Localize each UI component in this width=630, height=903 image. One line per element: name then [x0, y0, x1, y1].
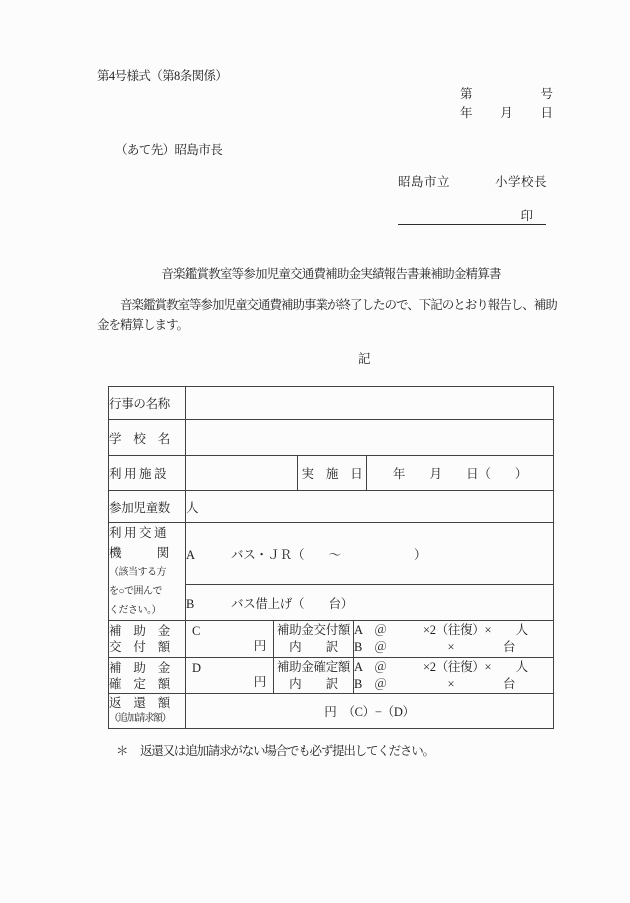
fixed-code: D: [192, 661, 201, 676]
fixed-breakdown-line2: 内 訳: [274, 676, 353, 693]
participants-count-cell: 人: [186, 491, 554, 523]
date-line: 年 月 日: [460, 103, 553, 121]
transport-note-line2: を○で囲んで: [109, 582, 185, 601]
school-signature-line: 昭島市立 小学校長: [398, 172, 547, 190]
grant-code: C: [192, 624, 200, 639]
school-name-label: 学 校 名: [109, 420, 186, 456]
refund-label-line2: （追加請求額）: [109, 711, 185, 727]
transport-label-ki: 機: [109, 543, 121, 563]
grant-detail-line-a: A ＠ ×2（往復）× 人: [354, 622, 553, 639]
footnote: ＊返還又は追加請求がない場合でも必ず提出してください。: [116, 741, 434, 759]
grant-breakdown-label: 補助金交付額 内 訳: [274, 621, 354, 658]
grant-amount-label-line2: 交 付 額: [109, 639, 185, 655]
grant-amount-label-line1: 補 助 金: [109, 623, 185, 639]
row-participants: 参加児童数 人: [109, 491, 554, 523]
refund-value-cell: 円 （C）−（D）: [186, 694, 554, 729]
participants-label: 参加児童数: [109, 491, 186, 523]
school-head-title: 小学校長: [495, 172, 547, 190]
school-name-input-cell: [186, 420, 554, 456]
transport-option-b-cell: Bバス借上げ（ 台）: [186, 585, 554, 621]
row-grant-amount: 補 助 金 交 付 額 C 円 補助金交付額 内 訳 A ＠ ×2（往復）× 人…: [109, 621, 554, 658]
facility-label: 利 用 施 設: [109, 456, 186, 491]
transport-label-cell: 利 用 交 通 機 関 （該当する方 を○で囲んで ください。）: [109, 523, 186, 621]
transport-option-a-cell: Aバス・ＪＲ（ ～ ）: [186, 523, 554, 585]
option-b-text: バス借上げ（ 台）: [231, 597, 353, 611]
row-facility: 利 用 施 設 実 施 日 年 月 日（ ）: [109, 456, 554, 491]
row-event-name: 行事の名称: [109, 387, 554, 420]
grant-unit: 円: [254, 636, 266, 654]
date-year-label: 年: [460, 103, 473, 121]
body-paragraph-line2: 金を精算します。: [97, 315, 577, 335]
refund-label-line1: 返 還 額: [109, 695, 185, 711]
signature-underline: 印: [398, 206, 546, 225]
option-b-marker: B: [186, 597, 231, 612]
row-transport-option-a: 利 用 交 通 機 関 （該当する方 を○で囲んで ください。） Aバス・ＪＲ（…: [109, 523, 554, 585]
option-a-marker: A: [186, 548, 231, 563]
report-table: 行事の名称 学 校 名 利 用 施 設 実 施 日 年 月 日（ ） 参加児童数…: [108, 386, 554, 729]
document-title: 音楽鑑賞教室等参加児童交通費補助金実績報告書兼補助金精算書: [16, 264, 630, 282]
grant-breakdown-line2: 内 訳: [274, 639, 353, 656]
event-name-input-cell: [186, 387, 554, 420]
grant-breakdown-line1: 補助金交付額: [274, 622, 353, 639]
body-paragraph-line1: 音楽鑑賞教室等参加児童交通費補助事業が終了したので、下記のとおり報告し、補助: [97, 295, 577, 315]
row-school-name: 学 校 名: [109, 420, 554, 456]
form-number: 第4号様式（第8条関係）: [97, 66, 227, 84]
fixed-breakdown-line1: 補助金確定額: [274, 659, 353, 676]
addressee: （あて先）昭島市長: [115, 140, 222, 158]
document-page: 第4号様式（第8条関係） 第 号 年 月 日 （あて先）昭島市長 昭島市立 小学…: [0, 0, 630, 903]
fixed-amount-cell: D 円: [186, 658, 274, 694]
footnote-text: 返還又は追加請求がない場合でも必ず提出してください。: [140, 744, 434, 758]
grant-detail-cell: A ＠ ×2（往復）× 人 B ＠ × 台: [354, 621, 554, 658]
document-number-line: 第 号: [460, 84, 553, 102]
transport-label-line2: 機 関: [109, 543, 169, 563]
event-name-label: 行事の名称: [109, 387, 186, 420]
grant-amount-label: 補 助 金 交 付 額: [109, 621, 186, 658]
seal-mark: 印: [520, 209, 546, 223]
footnote-marker: ＊: [116, 741, 140, 759]
grant-amount-cell: C 円: [186, 621, 274, 658]
doc-number-suffix: 号: [540, 84, 553, 102]
ki-heading: 記: [358, 349, 371, 367]
grant-detail-line-b: B ＠ × 台: [354, 639, 553, 656]
fixed-detail-cell: A ＠ ×2（往復）× 人 B ＠ × 台: [354, 658, 554, 694]
option-a-text: バス・ＪＲ（ ～ ）: [231, 548, 426, 562]
refund-label: 返 還 額 （追加請求額）: [109, 694, 186, 729]
transport-note-line3: ください。）: [109, 601, 185, 620]
transport-label-line1: 利 用 交 通: [109, 523, 185, 543]
fixed-amount-label: 補 助 金 確 定 額: [109, 658, 186, 694]
school-affiliation: 昭島市立: [398, 172, 450, 190]
body-paragraph: 音楽鑑賞教室等参加児童交通費補助事業が終了したので、下記のとおり報告し、補助 金…: [97, 295, 577, 335]
transport-note-line1: （該当する方: [109, 563, 185, 582]
fixed-amount-label-line2: 確 定 額: [109, 676, 185, 692]
row-fixed-amount: 補 助 金 確 定 額 D 円 補助金確定額 内 訳 A ＠ ×2（往復）× 人…: [109, 658, 554, 694]
doc-number-prefix: 第: [460, 84, 473, 102]
row-refund: 返 還 額 （追加請求額） 円 （C）−（D）: [109, 694, 554, 729]
fixed-breakdown-label: 補助金確定額 内 訳: [274, 658, 354, 694]
fixed-amount-label-line1: 補 助 金: [109, 660, 185, 676]
date-month-label: 月: [500, 103, 513, 121]
date-day-label: 日: [540, 103, 553, 121]
fixed-detail-line-a: A ＠ ×2（往復）× 人: [354, 659, 553, 676]
implementation-date-cell: 年 月 日（ ）: [367, 456, 554, 491]
implementation-date-label: 実 施 日: [298, 456, 367, 491]
fixed-unit: 円: [254, 672, 266, 690]
transport-label-kan: 関: [157, 543, 169, 563]
fixed-detail-line-b: B ＠ × 台: [354, 676, 553, 693]
facility-input-cell: [186, 456, 298, 491]
